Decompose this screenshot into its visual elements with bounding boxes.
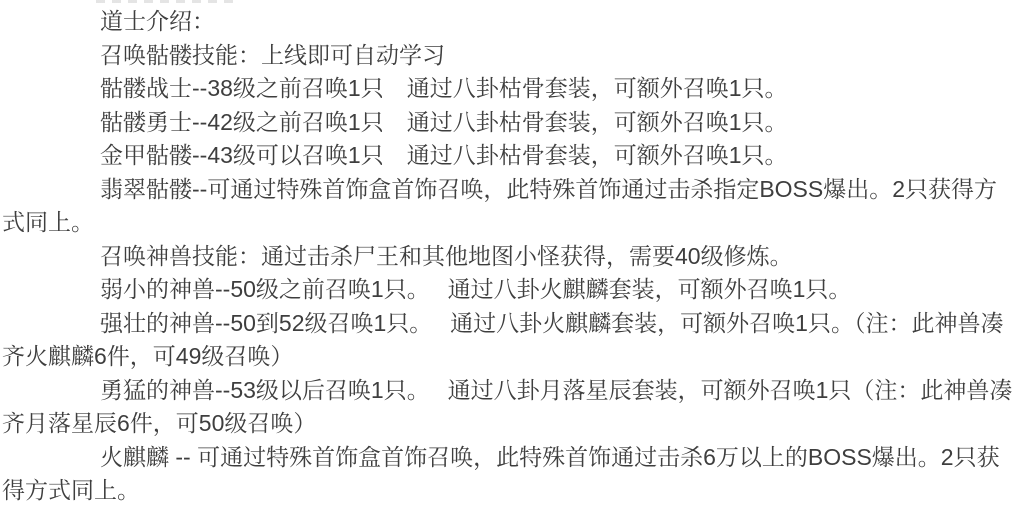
paragraph-golden-skeleton: 金甲骷髅--43级可以召唤1只 通过八卦枯骨套装，可额外召唤1只。 (2, 139, 1018, 173)
paragraph-fierce-beast: 勇猛的神兽--53级以后召唤1只。 通过八卦月落星辰套装，可额外召唤1只（注：此… (2, 374, 1018, 441)
taoist-class-introduction-page: 道士介绍： 召唤骷髅技能：上线即可自动学习 骷髅战士--38级之前召唤1只 通过… (0, 0, 1026, 523)
paragraph-strong-beast: 强壮的神兽--50到52级召唤1只。 通过八卦火麒麟套装，可额外召唤1只。（注：… (2, 307, 1018, 374)
paragraph-jade-skeleton: 翡翠骷髅--可通过特殊首饰盒首饰召唤，此特殊首饰通过击杀指定BOSS爆出。2只获… (2, 173, 1018, 240)
paragraph-fire-kirin: 火麒麟 -- 可通过特殊首饰盒首饰召唤，此特殊首饰通过击杀6万以上的BOSS爆出… (2, 441, 1018, 508)
paragraph-skeleton-skill: 召唤骷髅技能：上线即可自动学习 (2, 39, 1018, 73)
paragraph-beast-skill: 召唤神兽技能：通过击杀尸王和其他地图小怪获得，需要40级修炼。 (2, 240, 1018, 274)
clipped-text-remnant (96, 0, 236, 3)
paragraph-skeleton-brave: 骷髅勇士--42级之前召唤1只 通过八卦枯骨套装，可额外召唤1只。 (2, 106, 1018, 140)
paragraph-skeleton-warrior: 骷髅战士--38级之前召唤1只 通过八卦枯骨套装，可额外召唤1只。 (2, 72, 1018, 106)
paragraph-weak-beast: 弱小的神兽--50级之前召唤1只。 通过八卦火麒麟套装，可额外召唤1只。 (2, 273, 1018, 307)
paragraph-intro-title: 道士介绍： (2, 5, 1018, 39)
article-body: 道士介绍： 召唤骷髅技能：上线即可自动学习 骷髅战士--38级之前召唤1只 通过… (2, 5, 1018, 508)
